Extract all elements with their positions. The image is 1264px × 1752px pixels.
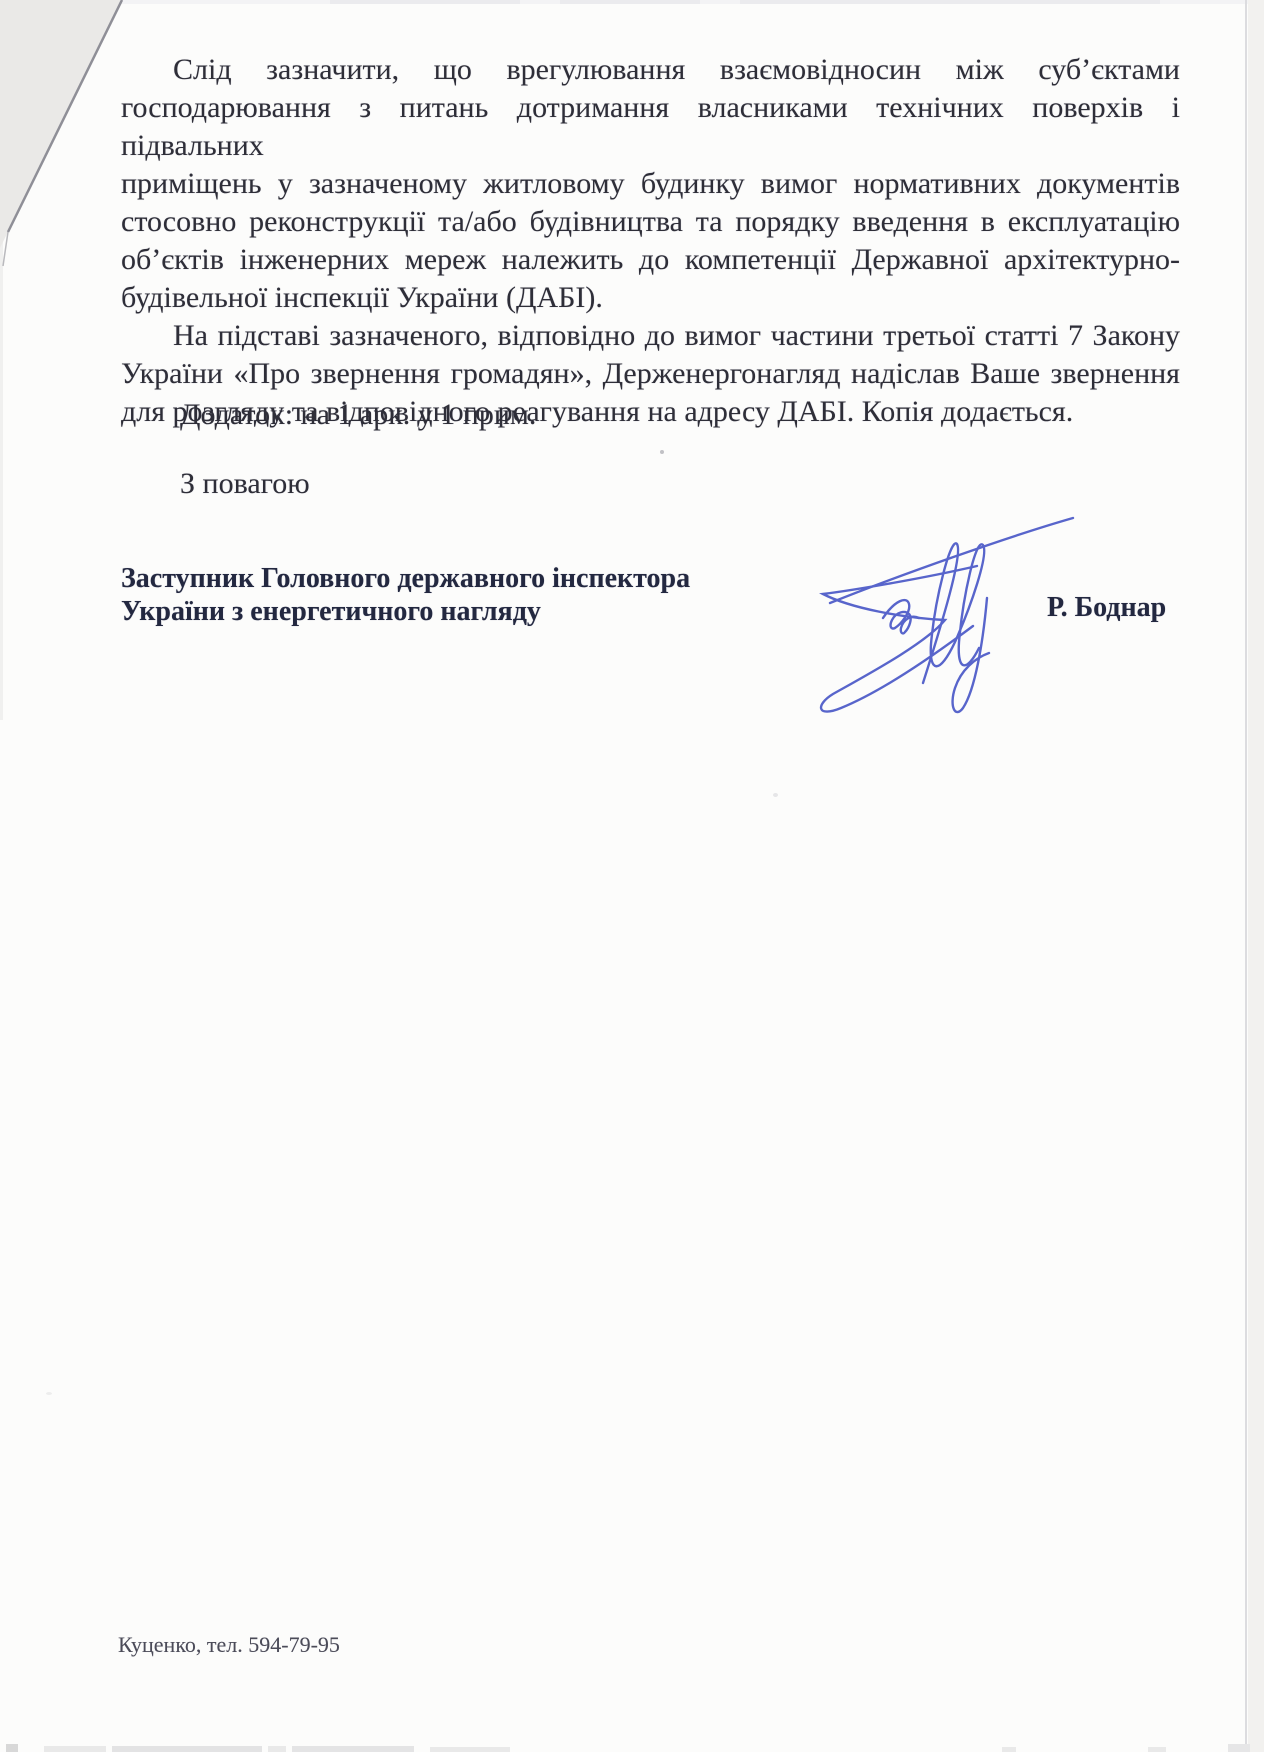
- scan-edge-bottom-segment: [112, 1746, 262, 1752]
- scanned-letter-page: Слід зазначити, що врегулювання взаємові…: [0, 0, 1264, 1752]
- scan-edge-top-segment: [330, 0, 520, 4]
- scan-edge-top-segment: [560, 0, 700, 4]
- body-line: господарювання з питань дотримання власн…: [121, 89, 1180, 165]
- scan-edge-bottom-segment: [430, 1747, 510, 1752]
- body-line: України «Про звернення громадян», Держен…: [121, 355, 1180, 393]
- scan-edge-bottom-segment: [1002, 1747, 1016, 1752]
- scan-edge-right-line: [1245, 0, 1247, 1752]
- attachment-note: Додаток: на 1 арк. у 1 прим.: [180, 396, 536, 434]
- body-line: приміщень у зазначеному житловому будинк…: [121, 165, 1180, 203]
- signer-name: Р. Боднар: [1047, 592, 1166, 624]
- page-corner-fold: [0, 0, 135, 275]
- executor-contact: Куценко, тел. 594-79-95: [118, 1632, 340, 1658]
- signer-position-line1: Заступник Головного державного інспектор…: [121, 563, 821, 595]
- scan-edge-bottom-segment: [44, 1746, 106, 1752]
- scan-edge-left: [0, 240, 3, 720]
- scan-edge-bottom-segment: [292, 1746, 414, 1752]
- body-line: будівельної інспекції України (ДАБІ).: [121, 279, 1180, 317]
- signature-scribble: [805, 448, 1085, 723]
- scan-edge-top-segment: [740, 0, 1160, 4]
- scan-speckle: [46, 1392, 52, 1395]
- scan-edge-bottom-segment: [1148, 1747, 1166, 1752]
- letter-body: Слід зазначити, що врегулювання взаємові…: [121, 51, 1180, 431]
- scan-edge-bottom-segment: [1228, 1744, 1250, 1752]
- signer-position-line2: України з енергетичного нагляду: [121, 596, 821, 628]
- body-line: стосовно реконструкції та/або будівництв…: [121, 203, 1180, 241]
- scan-edge-bottom-segment: [6, 1744, 18, 1752]
- body-line: об’єктів інженерних мереж належить до ко…: [121, 241, 1180, 279]
- scan-edge-right-shade: [1248, 0, 1264, 1752]
- scan-speckle: [773, 793, 778, 797]
- body-line: На підставі зазначеного, відповідно до в…: [121, 317, 1180, 355]
- paragraph-1: Слід зазначити, що врегулювання взаємові…: [121, 51, 1180, 317]
- body-line: Слід зазначити, що врегулювання взаємові…: [121, 51, 1180, 89]
- closing-salutation: З повагою: [180, 465, 310, 503]
- scan-speckle: [660, 450, 664, 454]
- scan-edge-bottom-segment: [268, 1746, 286, 1752]
